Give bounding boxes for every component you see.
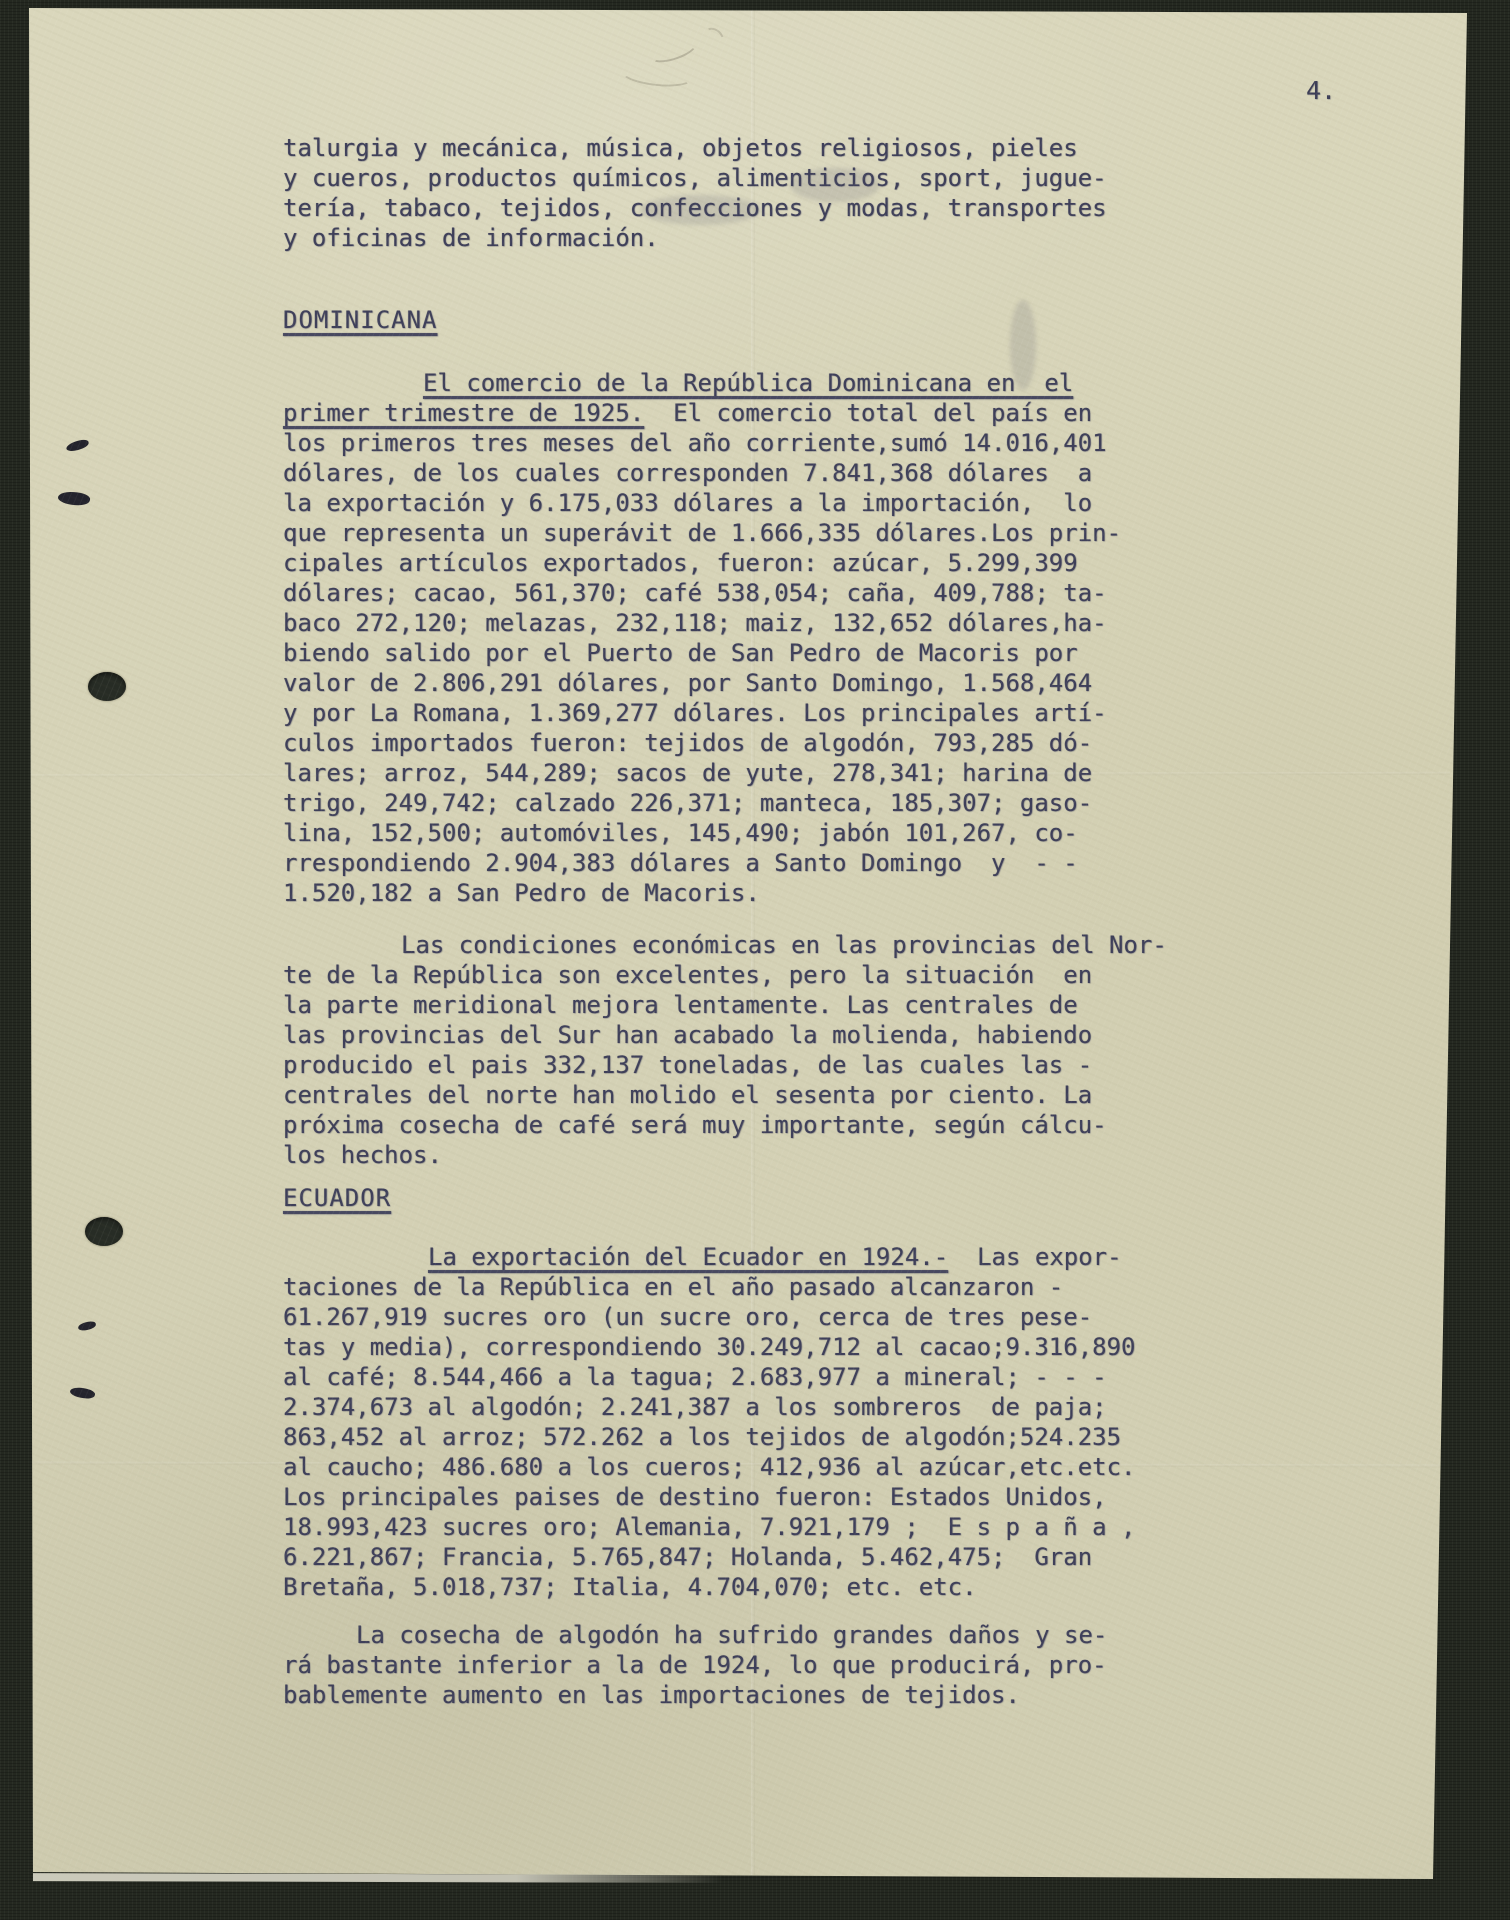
text-line: 1.520,182 a San Pedro de Macoris.	[283, 878, 1263, 908]
text-line: valor de 2.806,291 dólares, por Santo Do…	[283, 668, 1263, 698]
paragraph: La exportación del Ecuador en 1924.- Las…	[283, 1242, 1263, 1602]
pencil-scribble	[696, 23, 728, 54]
section-heading: ECUADOR	[283, 1183, 1263, 1213]
text-line: rá bastante inferior a la de 1924, lo qu…	[283, 1650, 1263, 1680]
text-line: y oficinas de información.	[283, 223, 1263, 253]
text-line: al caucho; 486.680 a los cueros; 412,936…	[283, 1452, 1263, 1482]
text-line: taciones de la República en el año pasad…	[283, 1272, 1263, 1302]
ink-smudge	[790, 168, 880, 202]
ink-smudge	[1010, 300, 1036, 390]
punch-hole	[85, 1217, 123, 1246]
text-line: tería, tabaco, tejidos, confecciones y m…	[283, 193, 1263, 223]
text-line: trigo, 249,742; calzado 226,371; manteca…	[283, 788, 1263, 818]
text-line: dólares; cacao, 561,370; café 538,054; c…	[283, 578, 1263, 608]
text-line: primer trimestre de 1925. El comercio to…	[283, 398, 1263, 428]
text-line: talurgia y mecánica, música, objetos rel…	[283, 133, 1263, 163]
text-line: y por La Romana, 1.369,277 dólares. Los …	[283, 698, 1263, 728]
heading-line: ECUADOR	[283, 1183, 1263, 1213]
text-line: La exportación del Ecuador en 1924.- Las…	[283, 1242, 1263, 1272]
fold-crease-horizontal-lower	[30, 1462, 1450, 1468]
text-line: La cosecha de algodón ha sufrido grandes…	[283, 1620, 1263, 1650]
text-line: cipales artículos exportados, fueron: az…	[283, 548, 1263, 578]
text-line: rrespondiendo 2.904,383 dólares a Santo …	[283, 848, 1263, 878]
text-line: los primeros tres meses del año corrient…	[283, 428, 1263, 458]
document-page: 4. talurgia y mecánica, música, objetos …	[0, 0, 1510, 1920]
text-line: la exportación y 6.175,033 dólares a la …	[283, 488, 1263, 518]
ink-smudge	[640, 195, 760, 225]
text-line: centrales del norte han molido el sesent…	[283, 1080, 1263, 1110]
text-line: baco 272,120; melazas, 232,118; maiz, 13…	[283, 608, 1263, 638]
document-content: talurgia y mecánica, música, objetos rel…	[283, 133, 1263, 1710]
pencil-scribble	[619, 58, 695, 90]
text-line: los hechos.	[283, 1140, 1263, 1170]
section-heading: DOMINICANA	[283, 305, 1263, 335]
text-line: 863,452 al arroz; 572.262 a los tejidos …	[283, 1422, 1263, 1452]
text-line: lina, 152,500; automóviles, 145,490; jab…	[283, 818, 1263, 848]
pencil-scribble	[646, 33, 700, 67]
text-line: te de la República son excelentes, pero …	[283, 960, 1263, 990]
text-line: culos importados fueron: tejidos de algo…	[283, 728, 1263, 758]
ink-mark	[65, 438, 89, 452]
text-line: 2.374,673 al algodón; 2.241,387 a los so…	[283, 1392, 1263, 1422]
text-line: 18.993,423 sucres oro; Alemania, 7.921,1…	[283, 1512, 1263, 1542]
text-line: biendo salido por el Puerto de San Pedro…	[283, 638, 1263, 668]
text-line: Las condiciones económicas en las provin…	[283, 930, 1263, 960]
text-line: 6.221,867; Francia, 5.765,847; Holanda, …	[283, 1542, 1263, 1572]
text-line: producido el pais 332,137 toneladas, de …	[283, 1050, 1263, 1080]
ink-mark	[77, 1320, 96, 1331]
text-line: próxima cosecha de café será muy importa…	[283, 1110, 1263, 1140]
paragraph: Las condiciones económicas en las provin…	[283, 930, 1263, 1170]
text-line: lares; arroz, 544,289; sacos de yute, 27…	[283, 758, 1263, 788]
fold-crease-vertical	[751, 9, 755, 1875]
paragraph: El comercio de la República Dominicana e…	[283, 368, 1263, 908]
text-line: que representa un superávit de 1.666,335…	[283, 518, 1263, 548]
fold-crease-horizontal-upper	[30, 772, 1450, 777]
ink-mark	[57, 490, 90, 507]
punch-hole	[88, 672, 126, 701]
text-line: dólares, de los cuales corresponden 7.84…	[283, 458, 1263, 488]
text-line: al café; 8.544,466 a la tagua; 2.683,977…	[283, 1362, 1263, 1392]
text-line: tas y media), correspondiendo 30.249,712…	[283, 1332, 1263, 1362]
heading-line: DOMINICANA	[283, 305, 1263, 335]
text-line: Bretaña, 5.018,737; Italia, 4.704,070; e…	[283, 1572, 1263, 1602]
page-number: 4.	[1306, 76, 1336, 105]
text-line: la parte meridional mejora lentamente. L…	[283, 990, 1263, 1020]
text-line: bablemente aumento en las importaciones …	[283, 1680, 1263, 1710]
paragraph: La cosecha de algodón ha sufrido grandes…	[283, 1620, 1263, 1710]
text-line: 61.267,919 sucres oro (un sucre oro, cer…	[283, 1302, 1263, 1332]
text-line: y cueros, productos químicos, alimentici…	[283, 163, 1263, 193]
text-line: Los principales paises de destino fueron…	[283, 1482, 1263, 1512]
ink-mark	[69, 1386, 96, 1401]
paragraph: talurgia y mecánica, música, objetos rel…	[283, 133, 1263, 253]
text-line: las provincias del Sur han acabado la mo…	[283, 1020, 1263, 1050]
text-line: El comercio de la República Dominicana e…	[283, 368, 1263, 398]
